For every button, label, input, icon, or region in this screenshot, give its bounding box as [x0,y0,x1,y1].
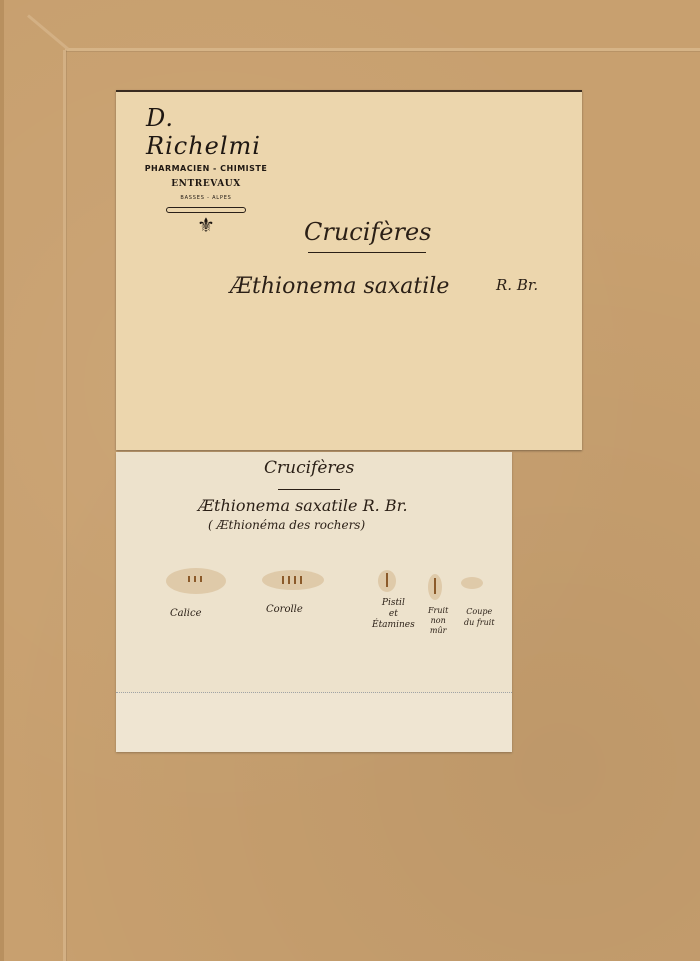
card-species-name: Æthionema saxatile R. Br. [198,496,408,515]
label-coupe-du-fruit: Coupe du fruit [464,606,495,628]
label-fruit-non-mur: Fruit non mûr [428,606,448,636]
letterhead: D. Richelmi PHARMACIEN - CHIMISTE ENTREV… [136,104,276,235]
card-family-underline [278,489,340,490]
letterhead-city: ENTREVAUX [136,179,276,189]
card-family-name: Crucifères [264,458,354,478]
letterhead-rule [166,207,246,213]
letterhead-name: D. Richelmi [146,104,276,160]
envelope-family-name: Crucifères [304,218,432,246]
card-perforation [116,692,512,693]
label-line: mûr [428,626,448,636]
specimen-mark [294,576,296,584]
label-calice: Calice [170,608,202,619]
specimen-mark [188,576,190,582]
letterhead-region: BASSES - ALPES [136,195,276,201]
label-corolle: Corolle [266,604,303,615]
card-common-name: ( Æthionéma des rochers) [208,518,365,532]
specimen-fruit [428,574,442,600]
board-edge [0,0,4,961]
board-crease-horizontal [65,48,700,51]
specimen-card: Crucifères Æthionema saxatile R. Br. ( Æ… [116,452,512,752]
specimen-mark [288,576,290,584]
board-crease-vertical [63,50,66,961]
specimen-mark [194,576,196,582]
label-line: Étamines [372,620,415,631]
herbarium-envelope: D. Richelmi PHARMACIEN - CHIMISTE ENTREV… [116,90,582,450]
specimen-calice [166,568,226,594]
board-crease-diagonal [27,14,69,50]
cardboard-mount: D. Richelmi PHARMACIEN - CHIMISTE ENTREV… [0,0,700,961]
label-line: Pistil [372,598,415,609]
specimen-mark [434,578,436,594]
specimen-mark [300,576,302,584]
specimen-corolle [262,570,324,590]
specimen-mark [282,576,284,584]
label-line: et [372,609,415,620]
label-line: non [428,616,448,626]
label-line: du fruit [464,617,495,628]
label-line: Fruit [428,606,448,616]
specimen-mark [386,573,388,587]
fleur-ornament-icon: ⚜ [136,215,276,235]
specimen-mark [200,576,202,582]
envelope-species-author: R. Br. [496,276,538,294]
envelope-family-underline [308,252,426,253]
envelope-species-name: Æthionema saxatile [230,274,449,299]
label-line: Coupe [464,606,495,617]
card-fold-flap [116,693,512,752]
specimen-pistil [378,570,396,592]
specimen-coupe [461,577,483,589]
letterhead-title: PHARMACIEN - CHIMISTE [136,164,276,173]
label-pistil-etamines: Pistil et Étamines [372,598,415,631]
